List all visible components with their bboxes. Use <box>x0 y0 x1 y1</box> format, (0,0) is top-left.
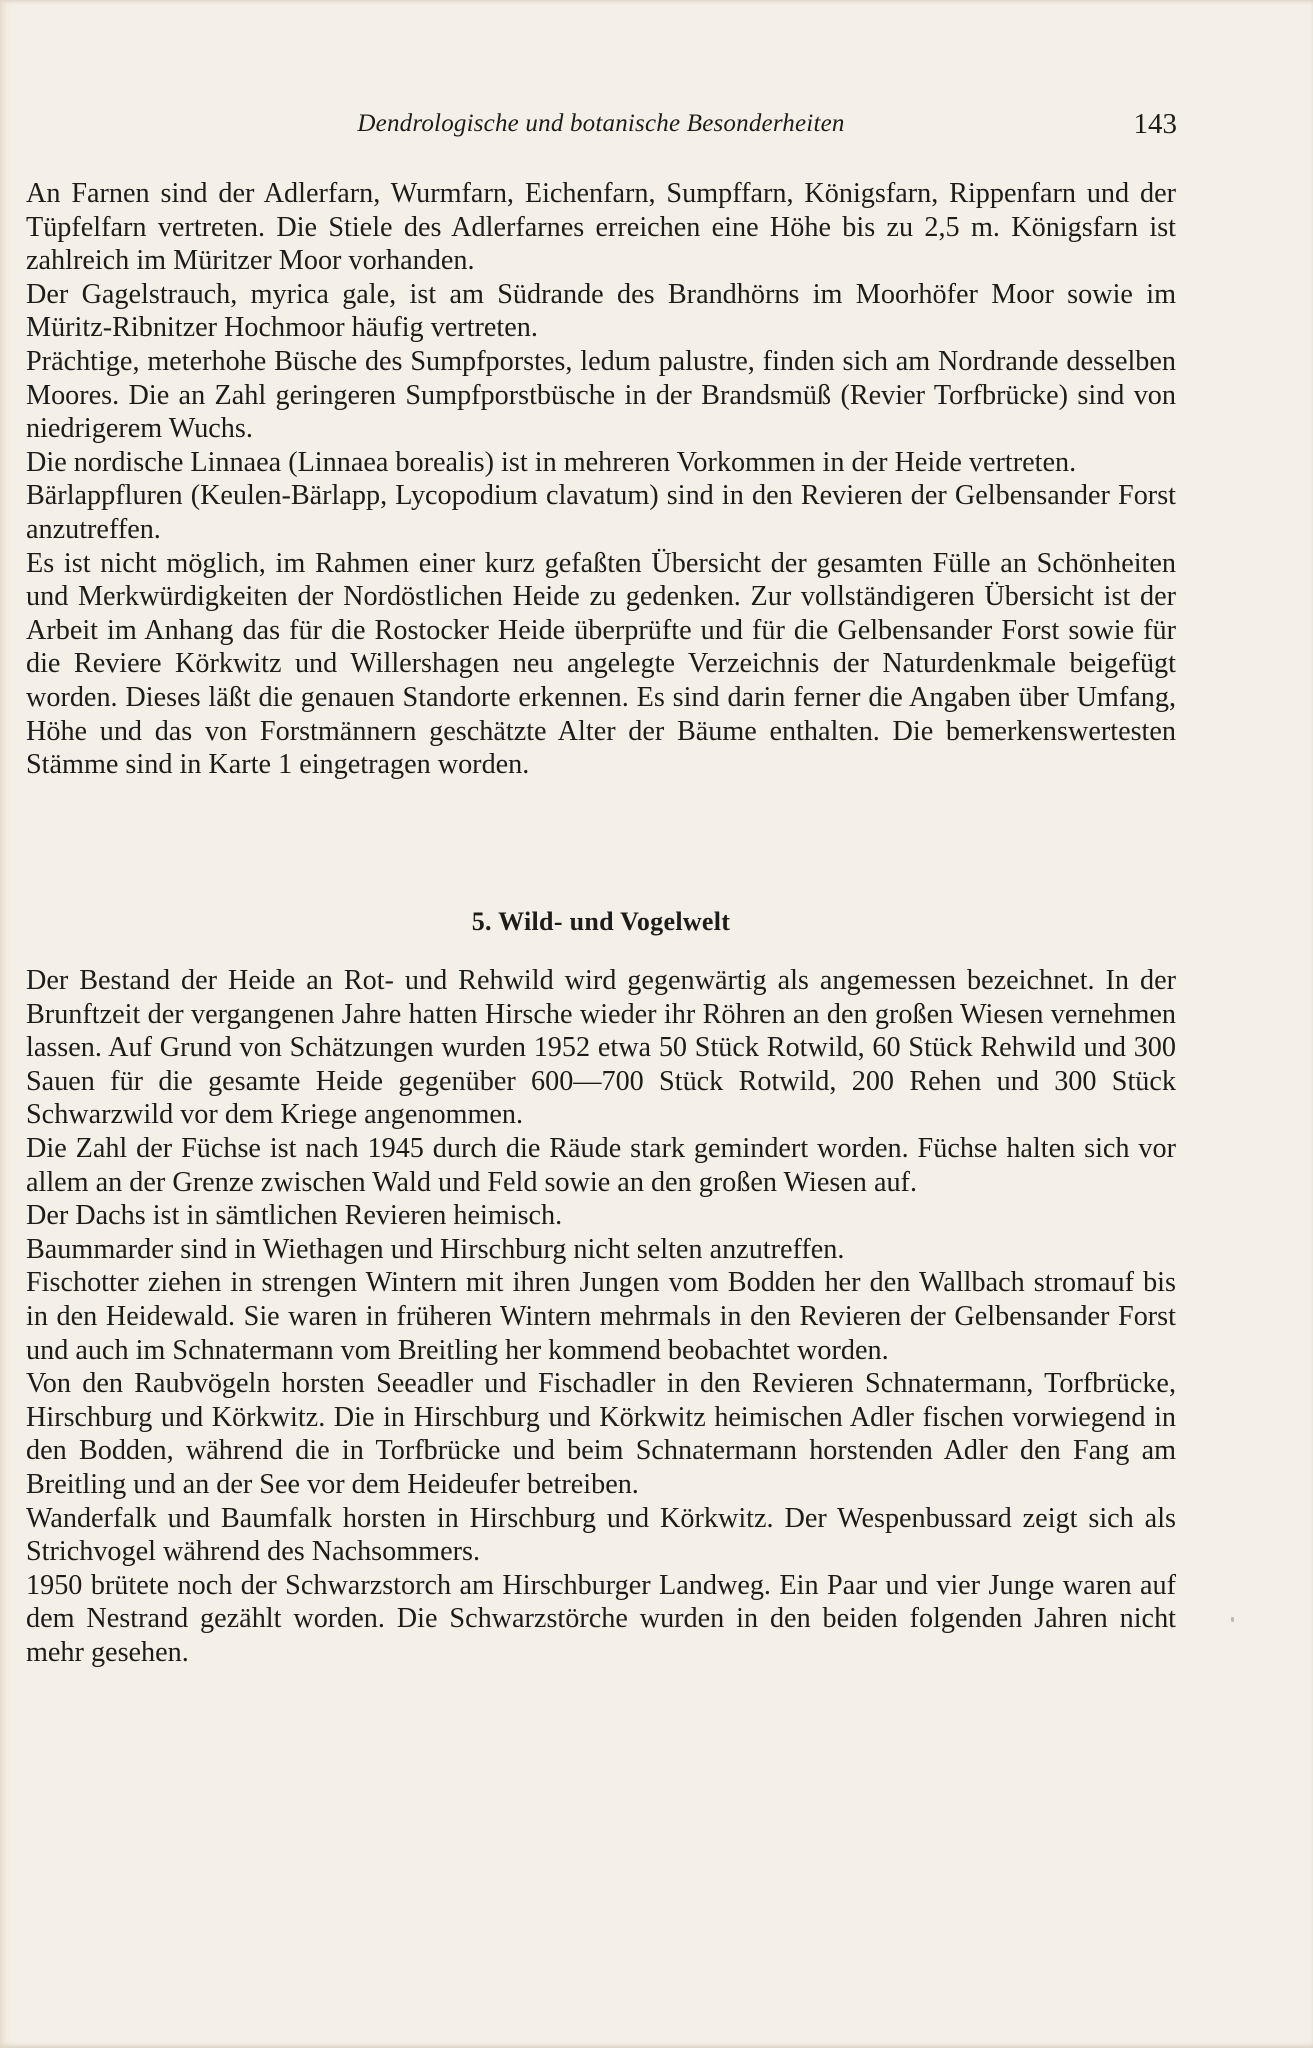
paragraph-baerlapp: Bärlappfluren (Keulen-Bärlapp, Lycopodiu… <box>26 479 1176 546</box>
paragraph-raubvoegel: Von den Raubvögeln horsten Seeadler und … <box>26 1367 1176 1501</box>
paragraph-dachs: Der Dachs ist in sämtlichen Revieren hei… <box>26 1199 1176 1233</box>
paragraph-schwarzstorch: 1950 brütete noch der Schwarzstorch am H… <box>26 1569 1176 1670</box>
botanical-section-text: An Farnen sind der Adlerfarn, Wurmfarn, … <box>26 177 1176 782</box>
section-heading: 5. Wild- und Vogelwelt <box>26 907 1176 937</box>
paragraph-baummarder: Baummarder sind in Wiethagen und Hirschb… <box>26 1233 1176 1267</box>
paper-speck <box>1231 1617 1234 1622</box>
paragraph-fischotter: Fischotter ziehen in strengen Wintern mi… <box>26 1266 1176 1367</box>
paragraph-ferns: An Farnen sind der Adlerfarn, Wurmfarn, … <box>26 177 1176 278</box>
paragraph-naturdenkmale: Es ist nicht möglich, im Rahmen einer ku… <box>26 547 1176 782</box>
book-page: Dendrologische und botanische Besonderhe… <box>0 0 1313 2048</box>
running-title: Dendrologische und botanische Besonderhe… <box>26 110 1176 138</box>
paragraph-sumpfporst: Prächtige, meterhohe Büsche des Sumpfpor… <box>26 345 1176 446</box>
paragraph-falken: Wanderfalk und Baumfalk horsten in Hirsc… <box>26 1502 1176 1569</box>
paragraph-linnaea: Die nordische Linnaea (Linnaea borealis)… <box>26 446 1176 480</box>
running-head: Dendrologische und botanische Besonderhe… <box>26 106 1176 146</box>
paragraph-fuechse: Die Zahl der Füchse ist nach 1945 durch … <box>26 1132 1176 1199</box>
paragraph-gagelstrauch: Der Gagelstrauch, myrica gale, ist am Sü… <box>26 278 1176 345</box>
paragraph-rotwild: Der Bestand der Heide an Rot- und Rehwil… <box>26 964 1176 1132</box>
wildlife-section-text: Der Bestand der Heide an Rot- und Rehwil… <box>26 964 1176 1669</box>
page-number: 143 <box>1134 108 1178 141</box>
